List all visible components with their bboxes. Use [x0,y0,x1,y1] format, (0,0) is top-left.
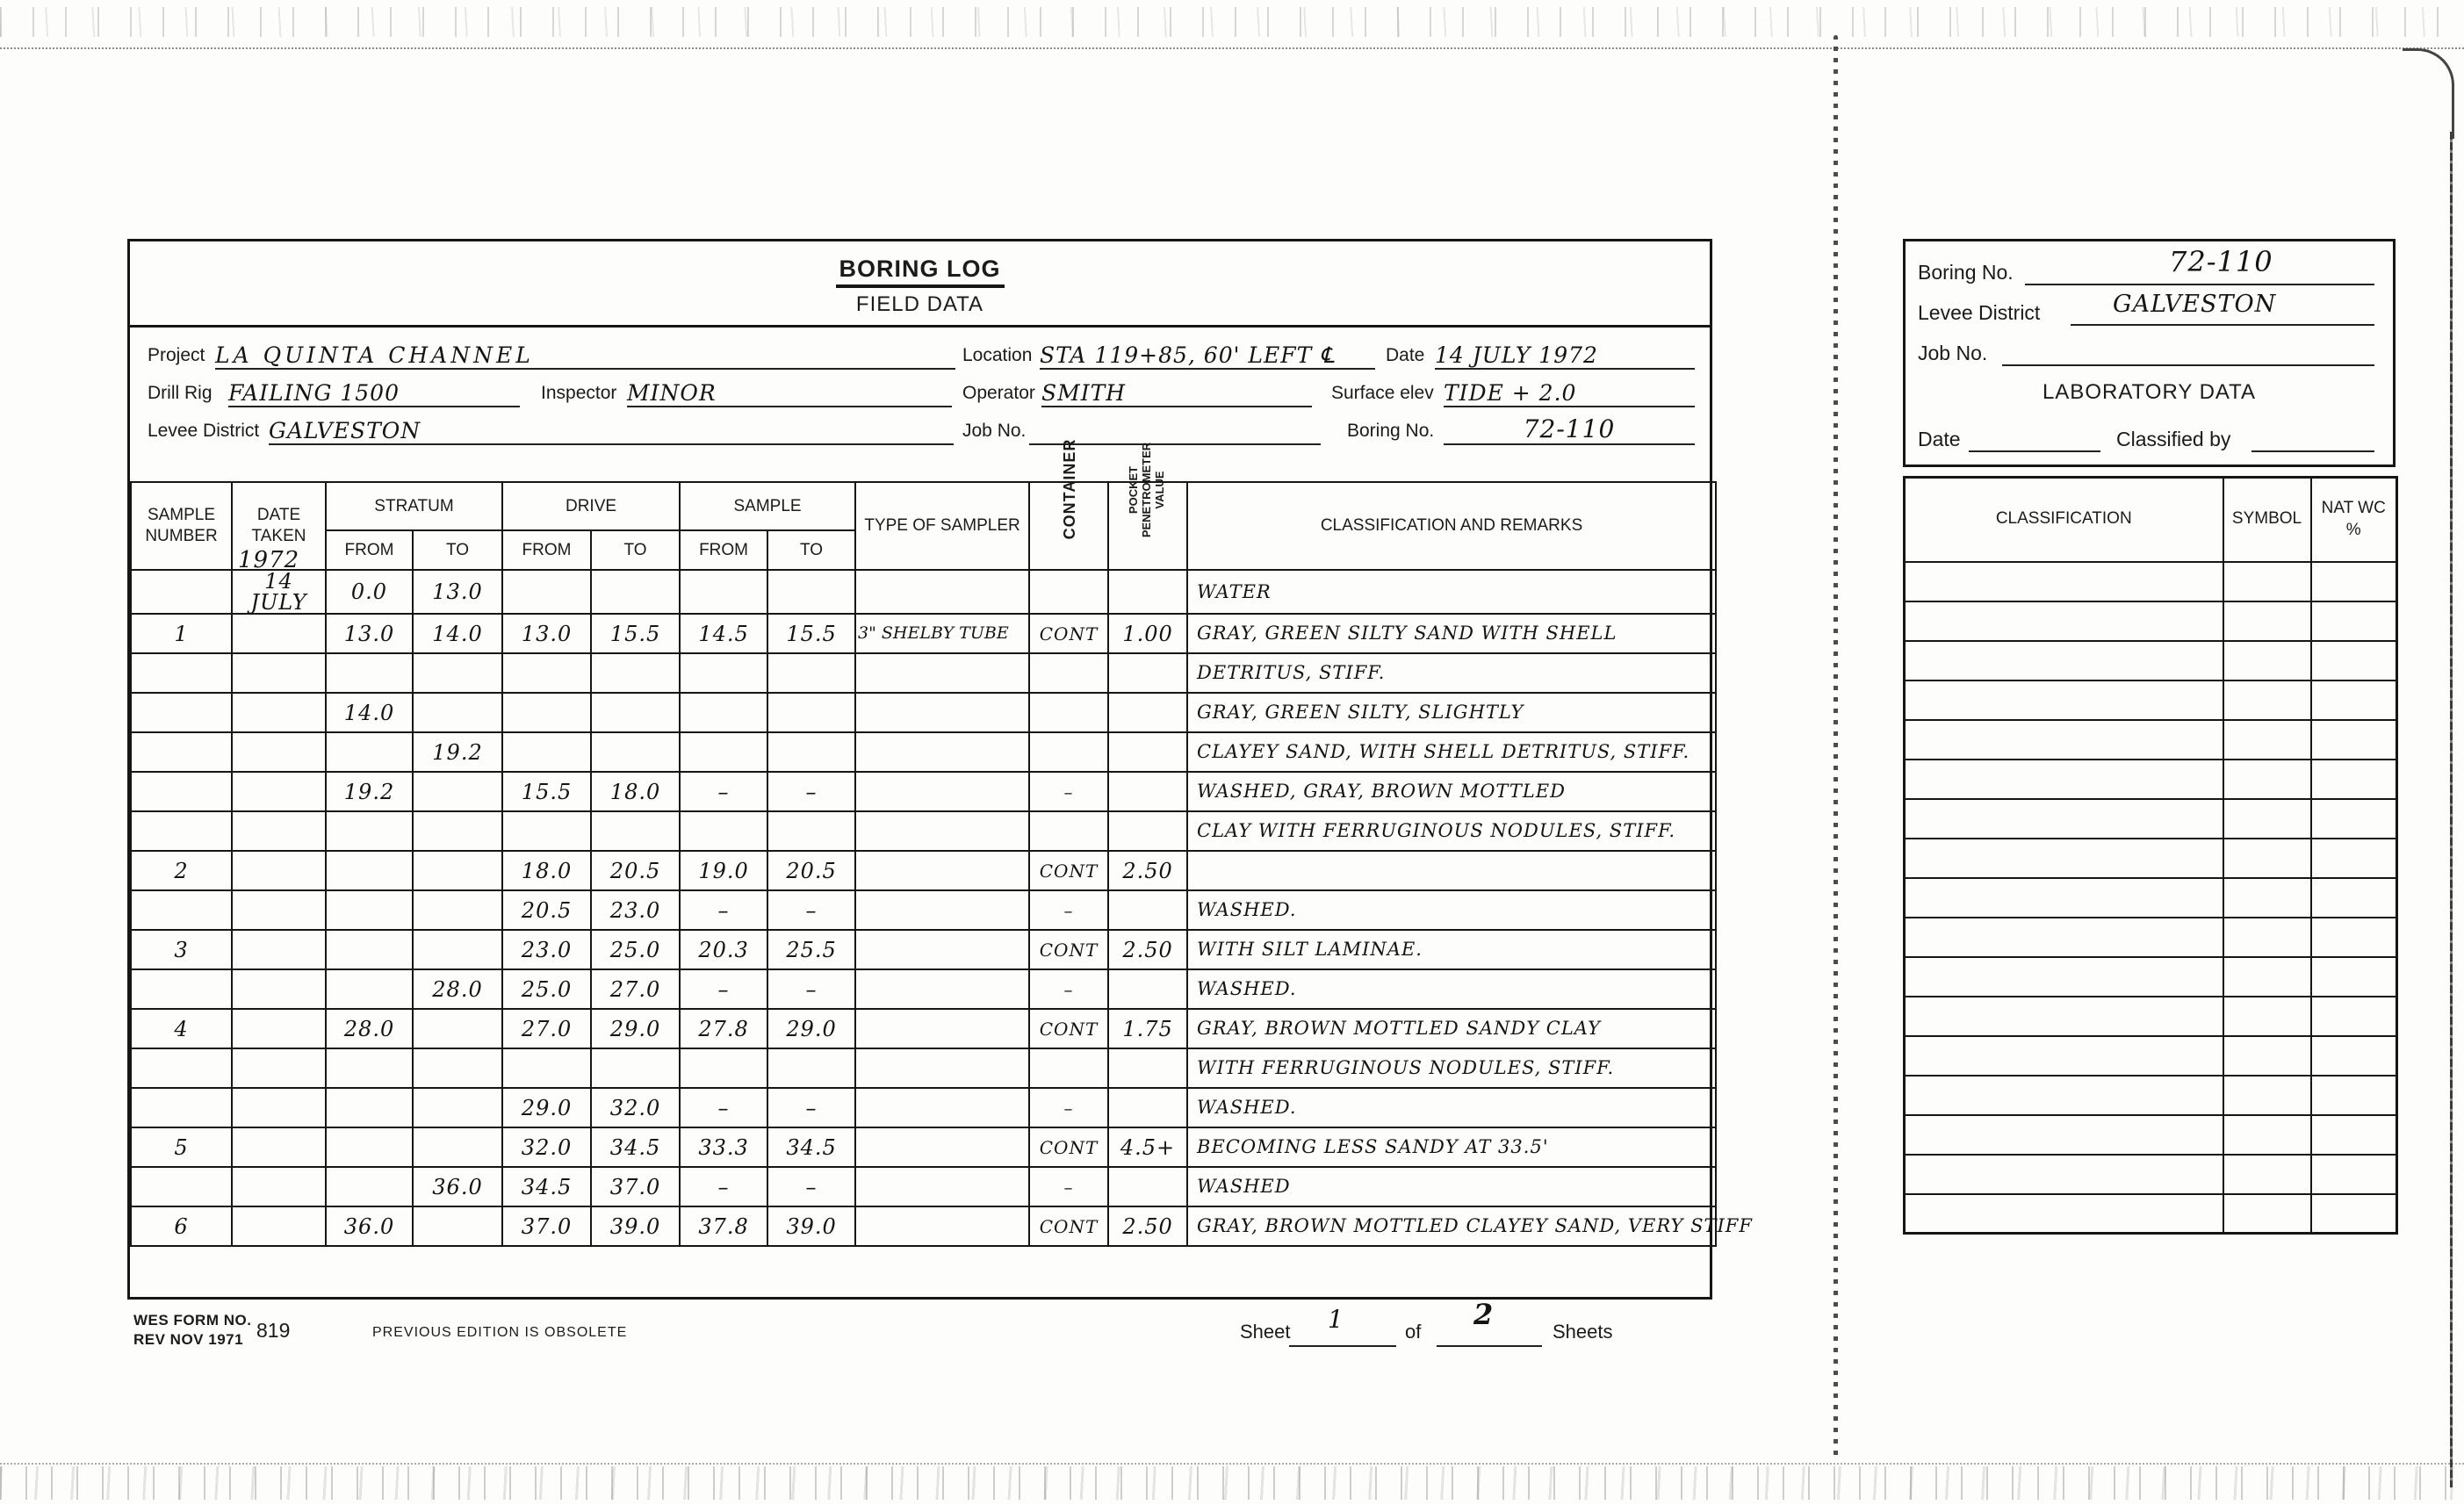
lab-date-field [1969,422,2100,452]
job-no-label: Job No. [962,421,1026,442]
cell-container: CONT [1029,930,1108,969]
cell-drive-to: 23.0 [591,890,680,930]
form-subtitle: FIELD DATA [130,292,1710,317]
cell-drive-from: 29.0 [502,1088,591,1127]
cell-container [1029,693,1108,732]
cell-sample-from: – [680,1088,767,1127]
cell-stratum-from: 19.2 [326,772,413,811]
cell-sample-from: 27.8 [680,1009,767,1048]
cell-sample-from: 37.8 [680,1206,767,1246]
lab-cell-classification [1905,680,2223,720]
cell-stratum-from: 14.0 [326,693,413,732]
cell-sample-number [131,1048,232,1088]
cell-drive-to [591,653,680,693]
cell-container [1029,653,1108,693]
cell-pocket-penetrometer [1108,732,1187,772]
cell-stratum-from [326,851,413,890]
cell-date-taken [232,811,326,851]
cell-type-of-sampler [855,930,1029,969]
project-label: Project [148,345,205,366]
cell-drive-to: 27.0 [591,969,680,1009]
lab-cell-symbol [2223,1194,2311,1234]
lab-cell-nat-wc [2311,957,2397,997]
date-taken-year: 1972 [238,546,299,575]
lab-table-row [1905,1036,2397,1076]
lab-table-row [1905,1076,2397,1115]
cell-stratum-to [413,851,502,890]
cell-classification-remarks: WASHED, GRAY, BROWN MOTTLED [1187,772,1716,811]
cell-classification-remarks: WATER [1187,570,1716,614]
cell-stratum-to [413,930,502,969]
cell-drive-from [502,653,591,693]
lab-cell-symbol [2223,562,2311,601]
lab-table-row [1905,957,2397,997]
form-header-fields: Project LA QUINTA CHANNEL Location STA 1… [130,328,1710,481]
operator-label: Operator [962,383,1035,404]
date-field: 14 JULY 1972 [1435,338,1695,370]
col-pocket-penetrometer: POCKET PENETROMETER VALUE [1108,482,1187,570]
lab-cell-nat-wc [2311,997,2397,1036]
cell-sample-number [131,570,232,614]
cell-sample-from: – [680,1167,767,1206]
lab-table-row [1905,997,2397,1036]
lab-cell-nat-wc [2311,760,2397,799]
cell-sample-to: – [767,1167,855,1206]
cell-sample-to: 39.0 [767,1206,855,1246]
location-field: STA 119+85, 60' LEFT ℄ [1040,338,1375,370]
sheet-number-value: 1 [1328,1305,1344,1334]
cell-container: – [1029,1088,1108,1127]
cell-sample-from [680,1048,767,1088]
cell-drive-to: 25.0 [591,930,680,969]
col-type-of-sampler: TYPE OF SAMPLER [855,482,1029,570]
cell-stratum-to [413,693,502,732]
location-label: Location [962,345,1032,366]
table-row: 28.0 25.0 27.0 – – – WASHED. [131,969,1716,1009]
cell-type-of-sampler [855,890,1029,930]
cell-type-of-sampler [855,851,1029,890]
cell-date-taken [232,969,326,1009]
cell-stratum-from [326,1167,413,1206]
scan-noise-top [0,7,2464,37]
table-row: 20.5 23.0 – – – WASHED. [131,890,1716,930]
lab-cell-symbol [2223,957,2311,997]
lab-table-row [1905,680,2397,720]
cell-pocket-penetrometer: 4.5+ [1108,1127,1187,1167]
cell-sample-to [767,693,855,732]
cell-stratum-from: 13.0 [326,614,413,653]
col-drive-from: FROM [502,530,591,570]
cell-sample-number [131,732,232,772]
cell-stratum-from [326,1048,413,1088]
cell-sample-to [767,570,855,614]
cell-stratum-to [413,653,502,693]
cell-stratum-from [326,1088,413,1127]
cell-sample-number: 5 [131,1127,232,1167]
cell-date-taken [232,1009,326,1048]
cell-sample-from: 33.3 [680,1127,767,1167]
inspector-field: MINOR [627,376,952,407]
lab-col-classification: CLASSIFICATION [1905,478,2223,562]
cell-sample-to: 34.5 [767,1127,855,1167]
col-sample-to: TO [767,530,855,570]
lab-cell-classification [1905,1076,2223,1115]
lab-cell-symbol [2223,1076,2311,1115]
cell-sample-to: – [767,1088,855,1127]
cell-pocket-penetrometer [1108,1048,1187,1088]
cell-sample-from [680,693,767,732]
cell-container: CONT [1029,1206,1108,1246]
cell-sample-to: 20.5 [767,851,855,890]
lab-cell-classification [1905,641,2223,680]
cell-sample-number: 6 [131,1206,232,1246]
cell-sample-to: 15.5 [767,614,855,653]
cell-container [1029,1048,1108,1088]
cell-container: – [1029,890,1108,930]
levee-district-field: GALVESTON [269,414,954,445]
boring-no-label: Boring No. [1347,421,1434,442]
cell-date-taken [232,1088,326,1127]
cell-sample-to [767,811,855,851]
lab-cell-symbol [2223,799,2311,839]
cell-sample-to: 29.0 [767,1009,855,1048]
cell-drive-to: 20.5 [591,851,680,890]
cell-drive-from: 25.0 [502,969,591,1009]
cell-stratum-from [326,890,413,930]
lab-cell-nat-wc [2311,1076,2397,1115]
cell-date-taken [232,772,326,811]
lab-cell-classification [1905,918,2223,957]
col-classification-remarks: CLASSIFICATION AND REMARKS [1187,482,1716,570]
cell-drive-from: 13.0 [502,614,591,653]
cell-pocket-penetrometer [1108,653,1187,693]
lab-table-row [1905,760,2397,799]
cell-sample-from: 14.5 [680,614,767,653]
cell-drive-from: 32.0 [502,1127,591,1167]
cell-stratum-to: 13.0 [413,570,502,614]
cell-pocket-penetrometer [1108,811,1187,851]
col-container: CONTAINER [1029,482,1108,570]
lab-cell-nat-wc [2311,799,2397,839]
cell-container: – [1029,969,1108,1009]
wes-form-rev: REV NOV 1971 [133,1331,243,1349]
lab-table-row [1905,1115,2397,1155]
drill-rig-value: FAILING 1500 [228,382,400,406]
col-group-sample: SAMPLE [680,482,855,530]
cell-sample-number [131,693,232,732]
lab-table-row [1905,839,2397,878]
lab-cell-symbol [2223,878,2311,918]
cell-stratum-from: 28.0 [326,1009,413,1048]
cell-classification-remarks: GRAY, GREEN SILTY SAND WITH SHELL [1187,614,1716,653]
operator-value: SMITH [1041,382,1126,406]
lab-classified-by-field [2251,422,2374,452]
lab-cell-nat-wc [2311,601,2397,641]
cell-sample-from: – [680,969,767,1009]
cell-sample-from: 20.3 [680,930,767,969]
lab-boring-no-label: Boring No. [1918,261,2014,284]
cell-pocket-penetrometer [1108,1088,1187,1127]
cell-sample-to [767,732,855,772]
cell-stratum-from [326,969,413,1009]
col-sample-number: SAMPLE NUMBER [131,482,232,570]
cell-sample-to: – [767,969,855,1009]
lab-cell-classification [1905,1194,2223,1234]
col-date-taken: DATE TAKEN 1972 [232,482,326,570]
cell-classification-remarks: DETRITUS, STIFF. [1187,653,1716,693]
cell-type-of-sampler [855,969,1029,1009]
cell-stratum-from [326,811,413,851]
lab-table-row [1905,562,2397,601]
cell-stratum-from [326,1127,413,1167]
cell-container: CONT [1029,851,1108,890]
boring-log-table: SAMPLE NUMBER DATE TAKEN 1972 STRATUM DR… [130,481,1717,1247]
cell-classification-remarks: WASHED. [1187,890,1716,930]
cell-drive-to: 37.0 [591,1167,680,1206]
cell-stratum-to: 36.0 [413,1167,502,1206]
lab-cell-symbol [2223,839,2311,878]
lab-col-nat-wc: NAT WC % [2311,478,2397,562]
table-row: 29.0 32.0 – – – WASHED. [131,1088,1716,1127]
cell-pocket-penetrometer [1108,570,1187,614]
sheets-label: Sheets [1553,1321,1613,1343]
cell-sample-number: 4 [131,1009,232,1048]
cell-sample-to: – [767,772,855,811]
cell-date-taken [232,732,326,772]
lab-table-row [1905,878,2397,918]
main-table-body: 14 JULY 0.0 13.0 WATER 1 13.0 14.0 13.0 … [131,570,1716,1246]
cell-stratum-to: 19.2 [413,732,502,772]
cell-container: CONT [1029,1127,1108,1167]
cell-type-of-sampler [855,732,1029,772]
cell-date-taken [232,851,326,890]
lab-cell-nat-wc [2311,918,2397,957]
cell-stratum-to: 14.0 [413,614,502,653]
cell-pocket-penetrometer: 2.50 [1108,1206,1187,1246]
col-stratum-from: FROM [326,530,413,570]
cell-container [1029,811,1108,851]
cell-sample-number [131,772,232,811]
cell-classification-remarks: GRAY, BROWN MOTTLED CLAYEY SAND, VERY ST… [1187,1206,1716,1246]
cell-sample-from [680,570,767,614]
cell-pocket-penetrometer [1108,693,1187,732]
cell-drive-to: 32.0 [591,1088,680,1127]
lab-cell-classification [1905,562,2223,601]
lab-levee-district-label: Levee District [1918,301,2040,325]
cell-drive-to [591,570,680,614]
cell-sample-to: 25.5 [767,930,855,969]
table-row: 14 JULY 0.0 13.0 WATER [131,570,1716,614]
date-value: 14 JULY 1972 [1435,344,1598,368]
cell-sample-from: – [680,772,767,811]
levee-district-value: GALVESTON [269,420,421,443]
cell-sample-number [131,653,232,693]
table-row: WITH FERRUGINOUS NODULES, STIFF. [131,1048,1716,1088]
lab-table-row [1905,641,2397,680]
cell-type-of-sampler [855,570,1029,614]
cell-stratum-to [413,1206,502,1246]
cell-type-of-sampler [855,693,1029,732]
scan-dotted-line-top [0,47,2464,49]
table-row: 3 23.0 25.0 20.3 25.5 CONT 2.50 WITH SIL… [131,930,1716,969]
operator-field: SMITH [1041,376,1312,407]
cell-drive-to [591,732,680,772]
cell-drive-from: 20.5 [502,890,591,930]
cell-stratum-from: 0.0 [326,570,413,614]
cell-date-taken [232,1048,326,1088]
col-group-stratum: STRATUM [326,482,502,530]
lab-cell-classification [1905,601,2223,641]
perforation-dots [1834,35,1838,1461]
form-title-box: BORING LOG FIELD DATA [130,241,1710,328]
lab-job-no-label: Job No. [1918,342,1987,365]
cell-sample-number: 3 [131,930,232,969]
cell-date-taken [232,930,326,969]
scanned-boring-log-page: BORING LOG FIELD DATA Project LA QUINTA … [0,0,2464,1505]
cell-drive-from: 18.0 [502,851,591,890]
cell-date-taken [232,1167,326,1206]
laboratory-data-panel: Boring No. 72-110 Levee District GALVEST… [1903,239,2396,467]
lab-cell-nat-wc [2311,680,2397,720]
cell-classification-remarks [1187,851,1716,890]
lab-cell-nat-wc [2311,839,2397,878]
cell-type-of-sampler [855,1167,1029,1206]
table-row: 36.0 34.5 37.0 – – – WASHED [131,1167,1716,1206]
cell-drive-to: 18.0 [591,772,680,811]
lab-cell-symbol [2223,1036,2311,1076]
lab-cell-classification [1905,957,2223,997]
table-row: 19.2 CLAYEY SAND, WITH SHELL DETRITUS, S… [131,732,1716,772]
form-number: 819 [256,1319,290,1343]
inspector-value: MINOR [627,382,717,406]
cell-type-of-sampler [855,811,1029,851]
cell-stratum-to [413,1127,502,1167]
lab-cell-classification [1905,1155,2223,1194]
cell-drive-from [502,811,591,851]
form-title: BORING LOG [836,256,1005,288]
cell-pocket-penetrometer [1108,890,1187,930]
cell-sample-to [767,1048,855,1088]
obsolete-note: PREVIOUS EDITION IS OBSOLETE [372,1325,627,1341]
cell-drive-from: 23.0 [502,930,591,969]
cell-drive-from [502,1048,591,1088]
table-row: CLAY WITH FERRUGINOUS NODULES, STIFF. [131,811,1716,851]
cell-pocket-penetrometer: 1.00 [1108,614,1187,653]
lab-cell-nat-wc [2311,1115,2397,1155]
lab-cell-symbol [2223,680,2311,720]
cell-type-of-sampler [855,1088,1029,1127]
pocket-penetrometer-vertical-label: POCKET PENETROMETER VALUE [1128,423,1170,557]
wes-form-no: WES FORM NO. [133,1312,251,1329]
cell-type-of-sampler [855,653,1029,693]
lab-boring-no-value: 72-110 [2169,245,2273,278]
lab-table-row [1905,1155,2397,1194]
boring-no-field: 72-110 [1444,414,1695,445]
cell-classification-remarks: WITH SILT LAMINAE. [1187,930,1716,969]
cell-stratum-to [413,890,502,930]
boring-log-form: BORING LOG FIELD DATA Project LA QUINTA … [127,239,1712,1300]
cell-type-of-sampler [855,1009,1029,1048]
location-value: STA 119+85, 60' LEFT ℄ [1040,344,1335,368]
col-group-drive: DRIVE [502,482,680,530]
date-taken-label: DATE TAKEN [252,506,306,545]
lab-table-row [1905,1194,2397,1234]
page-edge-curve [2403,48,2454,139]
lab-table: CLASSIFICATION SYMBOL NAT WC % [1903,476,2398,1235]
cell-container [1029,732,1108,772]
cell-date-taken [232,1206,326,1246]
cell-date-taken [232,1127,326,1167]
cell-pocket-penetrometer: 1.75 [1108,1009,1187,1048]
date-label: Date [1386,345,1424,366]
cell-sample-number [131,1088,232,1127]
lab-cell-symbol [2223,760,2311,799]
table-row: 14.0 GRAY, GREEN SILTY, SLIGHTLY [131,693,1716,732]
lab-cell-symbol [2223,641,2311,680]
lab-cell-nat-wc [2311,1155,2397,1194]
cell-sample-from [680,811,767,851]
project-value: LA QUINTA CHANNEL [215,344,534,368]
sheet-label: Sheet [1240,1321,1291,1343]
cell-sample-from: 19.0 [680,851,767,890]
scan-dotted-line-bottom [0,1463,2464,1465]
lab-cell-symbol [2223,918,2311,957]
cell-drive-to [591,693,680,732]
cell-sample-number [131,890,232,930]
cell-sample-number [131,1167,232,1206]
cell-pocket-penetrometer [1108,1167,1187,1206]
lab-cell-classification [1905,878,2223,918]
cell-drive-to [591,811,680,851]
table-row: DETRITUS, STIFF. [131,653,1716,693]
cell-drive-from [502,693,591,732]
cell-type-of-sampler [855,772,1029,811]
cell-container: – [1029,772,1108,811]
cell-stratum-from: 36.0 [326,1206,413,1246]
scan-noise-bottom [0,1466,2464,1500]
table-row: 4 28.0 27.0 29.0 27.8 29.0 CONT 1.75 GRA… [131,1009,1716,1048]
cell-drive-from: 34.5 [502,1167,591,1206]
cell-container: CONT [1029,1009,1108,1048]
lab-table-row [1905,918,2397,957]
col-stratum-to: TO [413,530,502,570]
cell-stratum-to [413,1088,502,1127]
cell-classification-remarks: WASHED [1187,1167,1716,1206]
cell-date-taken [232,693,326,732]
lab-cell-classification [1905,720,2223,760]
page-edge-right [2450,132,2453,1487]
table-row: 2 18.0 20.5 19.0 20.5 CONT 2.50 [131,851,1716,890]
container-vertical-label: CONTAINER [1056,423,1083,555]
lab-table-body [1905,562,2397,1234]
lab-classified-by-label: Classified by [2116,428,2230,451]
surface-elev-field: TIDE + 2.0 [1444,376,1695,407]
cell-type-of-sampler: 3" SHELBY TUBE [855,614,1029,653]
table-row: 5 32.0 34.5 33.3 34.5 CONT 4.5+ BECOMING… [131,1127,1716,1167]
lab-cell-symbol [2223,997,2311,1036]
cell-date-taken: 14 JULY [232,570,326,614]
cell-stratum-to [413,811,502,851]
table-row: 19.2 15.5 18.0 – – – WASHED, GRAY, BROWN… [131,772,1716,811]
cell-classification-remarks: WITH FERRUGINOUS NODULES, STIFF. [1187,1048,1716,1088]
cell-type-of-sampler [855,1048,1029,1088]
cell-drive-from: 27.0 [502,1009,591,1048]
lab-table-header: CLASSIFICATION SYMBOL NAT WC % [1905,478,2397,562]
surface-elev-value: TIDE + 2.0 [1444,382,1576,406]
cell-stratum-from [326,653,413,693]
cell-sample-number [131,811,232,851]
cell-classification-remarks: GRAY, BROWN MOTTLED SANDY CLAY [1187,1009,1716,1048]
